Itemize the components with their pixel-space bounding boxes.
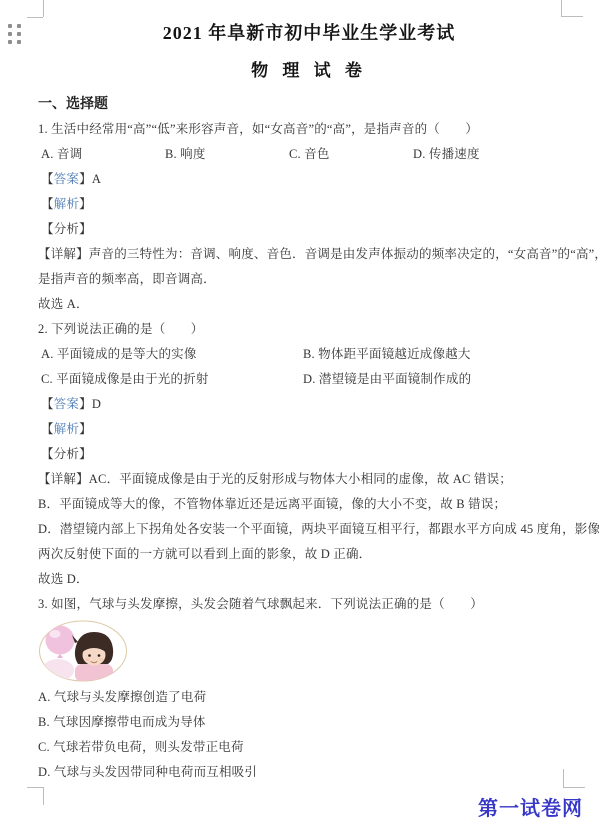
bracket: 】: [79, 197, 92, 211]
q1-options: A. 音调 B. 响度 C. 音色 D. 传播速度: [38, 142, 580, 167]
q2-detail-line: D．潜望镜内部上下拐角处各安装一个平面镜，两块平面镜互相平行，都跟水平方向成 4…: [38, 517, 580, 542]
analysis-label: 解析: [54, 422, 79, 436]
answer-label: 答案: [54, 397, 79, 411]
q1-detail-line: 是指声音的频率高，即音调高．: [38, 267, 580, 292]
bracket: 【: [41, 397, 54, 411]
q2-answer-value: D: [92, 397, 101, 411]
dot: [17, 40, 21, 44]
q3-stem: 3. 如图，气球与头发摩擦，头发会随着气球飘起来．下列说法正确的是（ ）: [38, 592, 580, 617]
q1-stem: 1. 生活中经常用“高”“低”来形容声音，如“女高音”的“高”，是指声音的（ ）: [38, 117, 580, 142]
q2-options-row1: A. 平面镜成的是等大的实像 B. 物体距平面镜越近成像越大: [38, 342, 580, 367]
q1-option-c: C. 音色: [289, 142, 413, 167]
q2-option-d: D. 潜望镜是由平面镜制作成的: [303, 367, 580, 392]
dot: [8, 40, 12, 44]
q1-option-a: A. 音调: [41, 142, 165, 167]
q3-option-a: A. 气球与头发摩擦创造了电荷: [38, 685, 580, 710]
pink-blur: [42, 659, 74, 681]
q2-option-b: B. 物体距平面镜越近成像越大: [303, 342, 580, 367]
page-corner-mark-bottom-left: [27, 787, 43, 788]
q2-option-a: A. 平面镜成的是等大的实像: [41, 342, 303, 367]
q3-option-c: C. 气球若带负电荷，则头发带正电荷: [38, 735, 580, 760]
q1-answer-value: A: [92, 172, 101, 186]
bracket: 【: [41, 197, 54, 211]
q1-answer-line: 【答案】A: [38, 167, 580, 192]
q2-options-row2: C. 平面镜成像是由于光的折射 D. 潜望镜是由平面镜制作成的: [38, 367, 580, 392]
q2-option-c: C. 平面镜成像是由于光的折射: [41, 367, 303, 392]
bracket: 】: [79, 422, 92, 436]
girl-with-balloon-photo: [38, 620, 128, 682]
clothes: [75, 664, 113, 682]
q3-option-b: B. 气球因摩擦带电而成为导体: [38, 710, 580, 735]
section-heading: 一、选择题: [38, 93, 580, 117]
document-page: 2021 年阜新市初中毕业生学业考试 物 理 试 卷 一、选择题 1. 生活中经…: [38, 12, 580, 785]
q1-analysis-line: 【解析】: [38, 192, 580, 217]
q2-stem: 2. 下列说法正确的是（ ）: [38, 317, 580, 342]
bracket: 】: [79, 397, 92, 411]
q2-detail-line: 两次反射使下面的一方就可以看到上面的影象，故 D 正确．: [38, 542, 580, 567]
q2-detail-line: 故选 D．: [38, 567, 580, 592]
page-subtitle: 物 理 试 卷: [38, 58, 580, 84]
q1-option-b: B. 响度: [165, 142, 289, 167]
q2-detail-line: 【详解】AC．平面镜成像是由于光的反射形成与物体大小相同的虚像，故 AC 错误；: [38, 467, 580, 492]
page-corner-mark-bottom-left: [43, 787, 44, 805]
analysis-label: 解析: [54, 197, 79, 211]
q2-breakdown-line: 【分析】: [38, 442, 580, 467]
page-title: 2021 年阜新市初中毕业生学业考试: [38, 20, 580, 46]
bracket: 【: [41, 422, 54, 436]
drag-handle-icon[interactable]: [8, 24, 21, 44]
q2-answer-line: 【答案】D: [38, 392, 580, 417]
dot: [8, 24, 12, 28]
dot: [17, 24, 21, 28]
q2-analysis-line: 【解析】: [38, 417, 580, 442]
q1-option-d: D. 传播速度: [413, 142, 480, 167]
balloon: [46, 626, 75, 655]
dot: [8, 32, 12, 36]
q1-breakdown-line: 【分析】: [38, 217, 580, 242]
page-corner-mark-bottom-right: [563, 787, 585, 788]
q1-detail-line: 【详解】声音的三特性为：音调、响度、音色．音调是由发声体振动的频率决定的，“女高…: [38, 242, 580, 267]
bracket: 【: [41, 172, 54, 186]
q2-detail-line: B．平面镜成等大的像，不管物体靠近还是远离平面镜，像的大小不变，故 B 错误；: [38, 492, 580, 517]
site-watermark: 第一试卷网: [478, 792, 583, 821]
q3-option-d: D. 气球与头发因带同种电荷而互相吸引: [38, 760, 580, 785]
bracket: 】: [79, 172, 92, 186]
answer-label: 答案: [54, 172, 79, 186]
q1-detail-line: 故选 A．: [38, 292, 580, 317]
dot: [17, 32, 21, 36]
